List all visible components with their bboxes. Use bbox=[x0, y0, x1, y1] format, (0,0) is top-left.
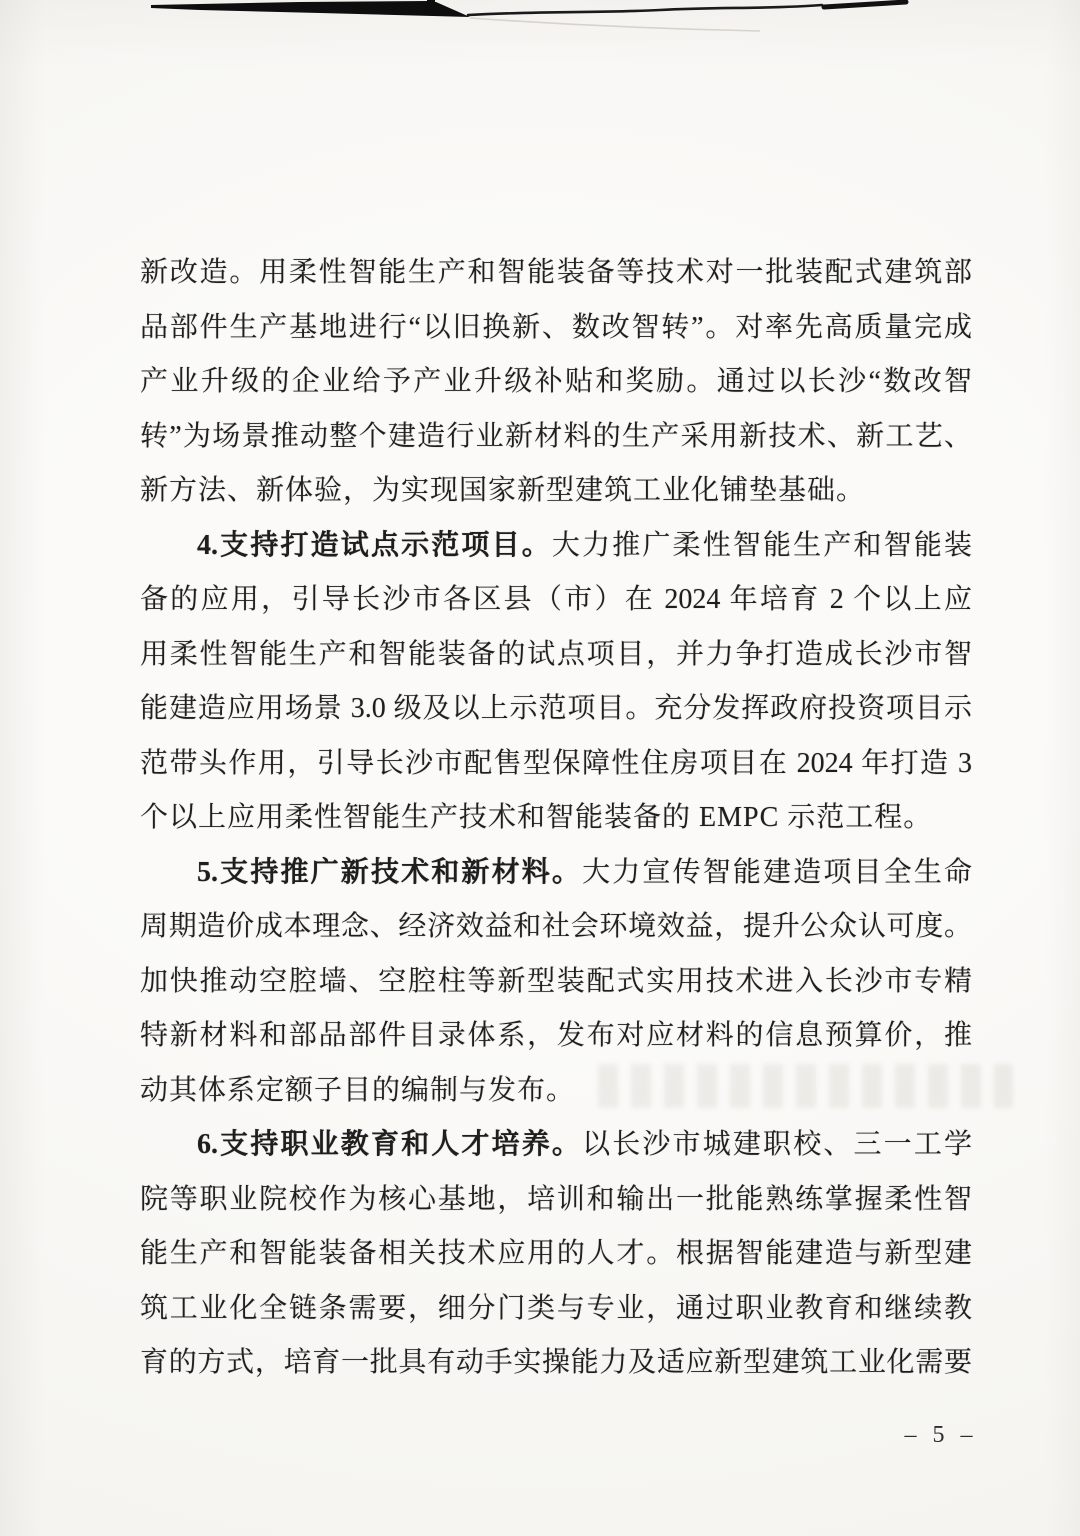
paragraph-heading: 4.支持打造试点示范项目。 bbox=[197, 530, 552, 561]
scan-tab-mark bbox=[427, 0, 435, 15]
text-line: 周期造价成本理念、经济效益和社会环境效益，提升公众认可度。 bbox=[140, 900, 972, 955]
paragraph-heading: 5.支持推广新技术和新材料。 bbox=[197, 857, 582, 888]
text-line: 5.支持推广新技术和新材料。大力宣传智能建造项目全生命 bbox=[140, 846, 972, 901]
text-line: 新方法、新体验，为实现国家新型建筑工业化铺垫基础。 bbox=[140, 464, 972, 519]
text-line: 育的方式，培育一批具有动手实操能力及适应新型建筑工业化需要 bbox=[140, 1336, 972, 1391]
text-line: 备的应用，引导长沙市各区县（市）在 2024 年培育 2 个以上应 bbox=[140, 573, 972, 628]
ink-bleedthrough-ghost bbox=[598, 1064, 1013, 1108]
text-line: 个以上应用柔性智能生产技术和智能装备的 EMPC 示范工程。 bbox=[140, 791, 972, 846]
document-text: 新改造。用柔性智能生产和智能装备等技术对一批装配式建筑部品部件生产基地进行“以旧… bbox=[140, 246, 972, 1391]
scanned-document-page: 新改造。用柔性智能生产和智能装备等技术对一批装配式建筑部品部件生产基地进行“以旧… bbox=[0, 0, 1080, 1536]
paragraph-heading: 6.支持职业教育和人才培养。 bbox=[197, 1129, 582, 1160]
scan-crease-line bbox=[468, 5, 822, 15]
text-line: 产业升级的企业给予产业升级补贴和奖励。通过以长沙“数改智 bbox=[140, 355, 972, 410]
scan-crease-dash bbox=[824, 2, 906, 7]
page-number: – 5 – bbox=[893, 1422, 989, 1449]
text-line: 新改造。用柔性智能生产和智能装备等技术对一批装配式建筑部 bbox=[140, 246, 972, 301]
text-line: 筑工业化全链条需要，细分门类与专业，通过职业教育和继续教 bbox=[140, 1282, 972, 1337]
text-line: 能建造应用场景 3.0 级及以上示范项目。充分发挥政府投资项目示 bbox=[140, 682, 972, 737]
text-line: 4.支持打造试点示范项目。大力推广柔性智能生产和智能装 bbox=[140, 519, 972, 574]
text-line: 范带头作用，引导长沙市配售型保障性住房项目在 2024 年打造 3 bbox=[140, 737, 972, 792]
text-line: 6.支持职业教育和人才培养。以长沙市城建职校、三一工学 bbox=[140, 1118, 972, 1173]
text-line: 院等职业院校作为核心基地，培训和输出一批能熟练掌握柔性智 bbox=[140, 1173, 972, 1228]
text-line: 品部件生产基地进行“以旧换新、数改智转”。对率先高质量完成 bbox=[140, 301, 972, 356]
text-line: 加快推动空腔墙、空腔柱等新型装配式实用技术进入长沙市专精 bbox=[140, 955, 972, 1010]
text-line: 特新材料和部品部件目录体系，发布对应材料的信息预算价，推 bbox=[140, 1009, 972, 1064]
text-line: 转”为场景推动整个建造行业新材料的生产采用新技术、新工艺、 bbox=[140, 410, 972, 465]
text-line: 能生产和智能装备相关技术应用的人才。根据智能建造与新型建 bbox=[140, 1227, 972, 1282]
scan-shadow-wedge bbox=[151, 1, 470, 17]
text-line: 用柔性智能生产和智能装备的试点项目，并力争打造成长沙市智 bbox=[140, 628, 972, 683]
scan-faint-fold-line bbox=[470, 18, 760, 31]
scan-edge-artifact bbox=[0, 0, 1080, 60]
